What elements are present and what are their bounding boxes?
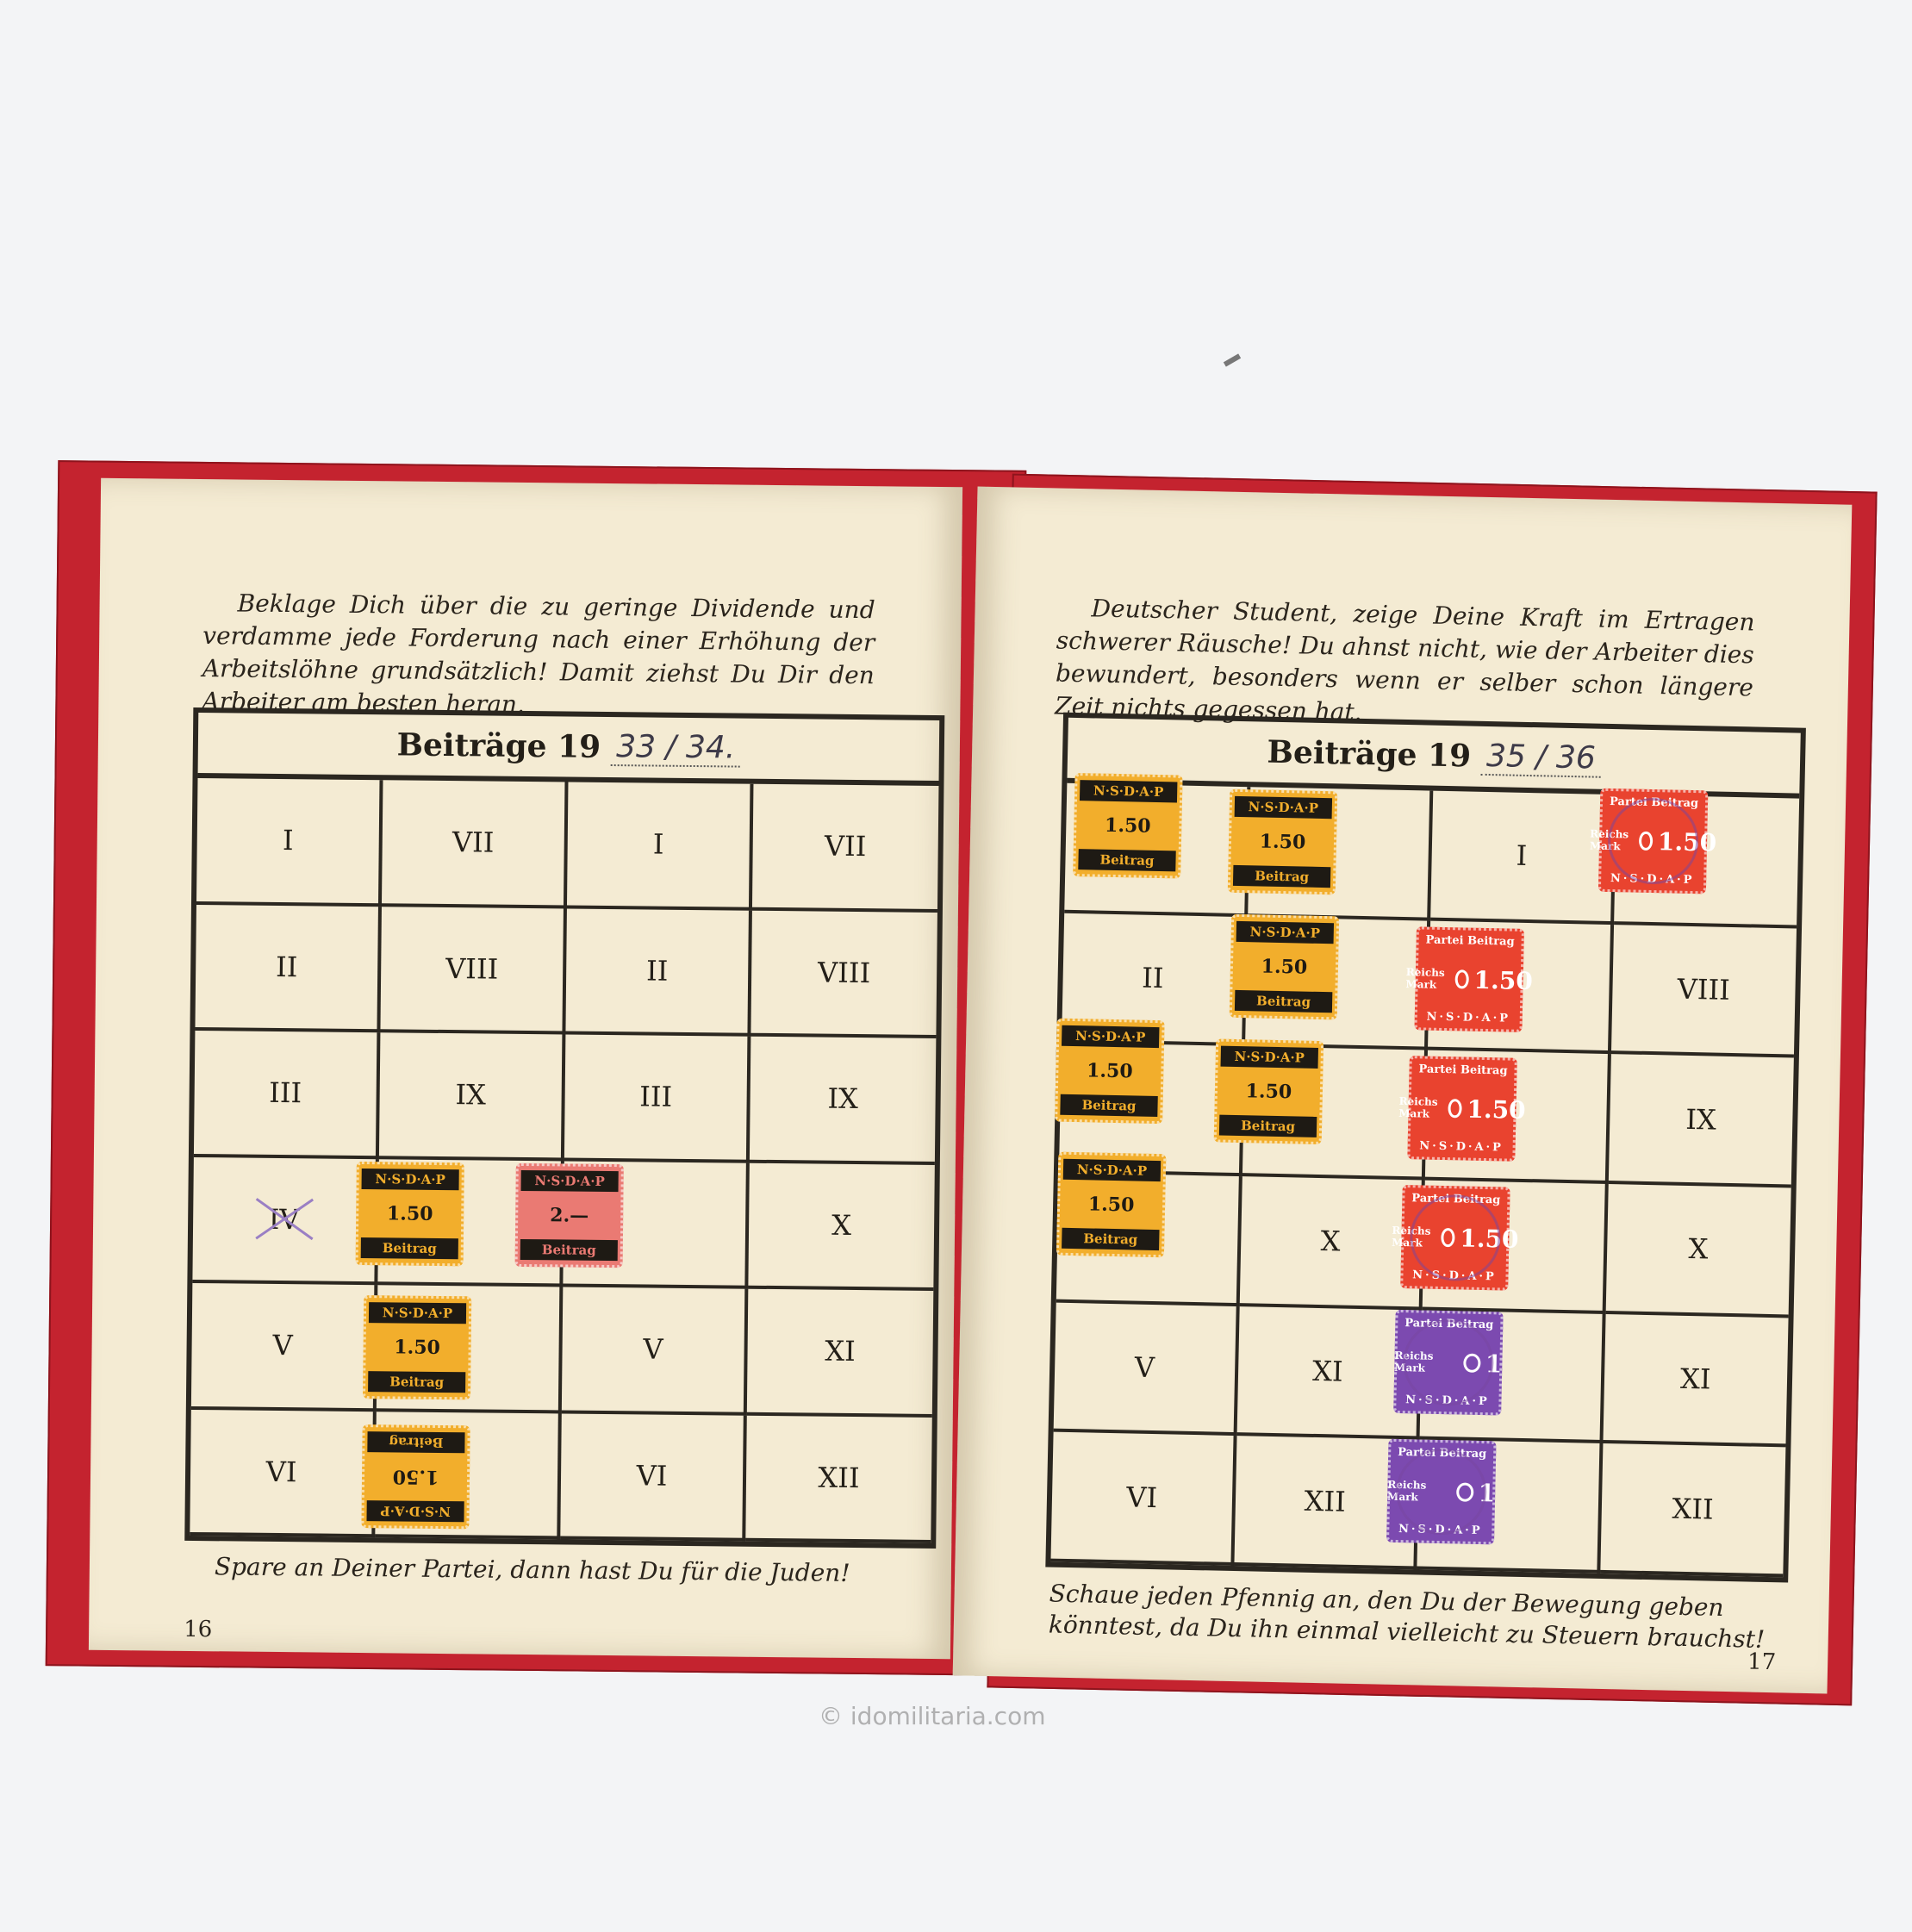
month-cell: VI [1050,1432,1236,1566]
right-page: Deutscher Student, zeige Deine Kraft im … [953,487,1853,1694]
month-cell: II [195,904,382,1032]
handwritten-year: 35 / 36 [1481,738,1602,777]
month-cell: V [1054,1302,1240,1436]
page-number: 17 [1747,1649,1777,1676]
month-cell: VIII [1610,925,1797,1058]
dues-stamp: N·S·D·A·P 1.50 Beitrag [363,1295,471,1399]
table-title: Beiträge 19 33 / 34. [198,713,940,786]
month-cell: VIII [380,907,567,1035]
month-cell: VI [560,1413,747,1542]
month-grid: I VII I VII II VIII II VIII III IX III I… [190,778,938,1543]
party-dues-stamp: Partei Beitrag Reichs Mark1.50 N·S·D·A·P [1400,1185,1510,1291]
emblem-icon [1463,1354,1480,1373]
handwritten-year: 33 / 34. [611,729,741,768]
month-cell: XI [1603,1314,1789,1448]
dues-stamp: N·S·D·A·P 1.50 Beitrag [1056,1152,1166,1258]
month-cell: XI [747,1289,934,1418]
dues-table-1933-34: Beiträge 19 33 / 34. I VII I VII II VIII… [184,707,944,1549]
month-cell: V [191,1283,378,1412]
month-cell: II [565,908,752,1037]
dues-stamp: N·S·D·A·P 1.50 Beitrag [1073,773,1182,879]
month-cell-crossed: IV [192,1156,379,1285]
party-dues-stamp: Partei Beitrag Reichs Mark1.50 N·S·D·A·P [1407,1056,1517,1162]
dues-stamp: N·S·D·A·P 1.50 Beitrag [1230,914,1339,1020]
month-cell: VII [382,780,569,908]
month-cell: I [1430,791,1616,925]
dues-stamp: N·S·D·A·P 1.50 Beitrag [1228,789,1337,895]
intro-text: Beklage Dich über die zu geringe Dividen… [202,587,875,725]
dues-stamp-inverted: N·S·D·A·P 1.50 Beitrag [361,1424,470,1529]
month-cell: X [1605,1184,1791,1318]
month-cell: VIII [750,910,937,1038]
party-dues-stamp: Partei Beitrag Reichs Mark1 N·S·D·A·P [1393,1310,1503,1416]
dues-stamp: N·S·D·A·P 1.50 Beitrag [1214,1038,1323,1144]
emblem-icon [1639,832,1653,851]
dues-stamp: N·S·D·A·P 1.50 Beitrag [1055,1019,1164,1125]
month-cell: IX [750,1037,937,1165]
emblem-icon [1448,1099,1462,1118]
party-dues-stamp: Partei Beitrag Reichs Mark1.50 N·S·D·A·P [1414,926,1523,1032]
footer-text: Spare an Deiner Partei, dann hast Du für… [215,1552,921,1588]
month-cell: IX [379,1032,566,1161]
month-cell: I [567,782,754,910]
emblem-icon [1441,1228,1454,1247]
left-page: Beklage Dich über die zu geringe Dividen… [89,478,962,1659]
emblem-icon [1455,969,1469,988]
month-cell: XII [1600,1443,1786,1577]
month-cell: III [194,1031,381,1159]
party-dues-stamp: Partei Beitrag Reichs Mark1.50 N·S·D·A·P [1598,788,1708,894]
month-cell: X [748,1162,935,1291]
dues-stamp: N·S·D·A·P 2.— Beitrag [515,1163,624,1268]
month-cell: IX [1608,1054,1794,1187]
dues-stamp: N·S·D·A·P 1.50 Beitrag [356,1162,464,1266]
emblem-icon [1456,1482,1473,1501]
month-cell: V [562,1287,749,1415]
footer-text: Schaue jeden Pfennig an, den Du der Bewe… [1049,1579,1791,1656]
watermark: © idomilitaria.com [819,1702,1045,1730]
month-cell: I [196,778,383,907]
month-cell: VII [752,784,939,913]
party-dues-stamp: Partei Beitrag Reichs Mark1 N·S·D·A·P [1386,1439,1496,1545]
month-cell: VI [190,1409,377,1537]
month-cell: III [564,1034,751,1162]
month-cell: XII [745,1415,932,1543]
dust-speck [1224,353,1241,366]
page-number: 16 [184,1617,212,1642]
